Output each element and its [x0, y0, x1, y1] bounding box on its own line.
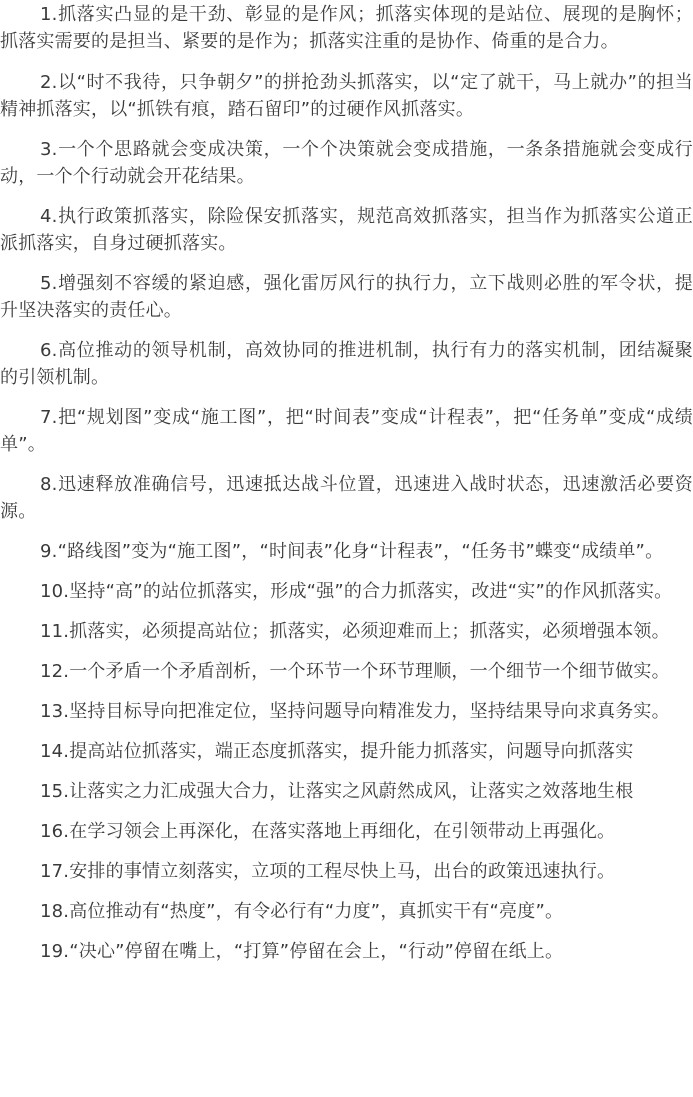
paragraph-13: 13.坚持目标导向把准定位，坚持问题导向精准发力，坚持结果导向求真务实。	[0, 698, 693, 725]
paragraph-12: 12.一个矛盾一个矛盾剖析，一个环节一个环节理顺，一个细节一个细节做实。	[0, 658, 693, 685]
paragraph-14: 14.提高站位抓落实，端正态度抓落实，提升能力抓落实，问题导向抓落实	[0, 738, 693, 765]
paragraph-16: 16.在学习领会上再深化，在落实落地上再细化，在引领带动上再强化。	[0, 818, 693, 845]
paragraph-11: 11.抓落实，必须提高站位；抓落实，必须迎难而上；抓落实，必须增强本领。	[0, 618, 693, 645]
article-body: 1.抓落实凸显的是干劲、彰显的是作风；抓落实体现的是站位、展现的是胸怀；抓落实需…	[0, 1, 693, 965]
paragraph-8: 8.迅速释放准确信号，迅速抵达战斗位置，迅速进入战时状态，迅速激活必要资源。	[0, 471, 693, 525]
paragraph-18: 18.高位推动有“热度”，有令必行有“力度”，真抓实干有“亮度”。	[0, 898, 693, 925]
paragraph-5: 5.增强刻不容缓的紧迫感，强化雷厉风行的执行力，立下战则必胜的军令状，提升坚决落…	[0, 270, 693, 324]
paragraph-2: 2.以“时不我待，只争朝夕”的拼抢劲头抓落实，以“定了就干，马上就办”的担当精神…	[0, 69, 693, 123]
paragraph-10: 10.坚持“高”的站位抓落实，形成“强”的合力抓落实，改进“实”的作风抓落实。	[0, 578, 693, 605]
paragraph-19: 19.“决心”停留在嘴上，“打算”停留在会上，“行动”停留在纸上。	[0, 938, 693, 965]
paragraph-4: 4.执行政策抓落实，除险保安抓落实，规范高效抓落实，担当作为抓落实公道正派抓落实…	[0, 203, 693, 257]
paragraph-1: 1.抓落实凸显的是干劲、彰显的是作风；抓落实体现的是站位、展现的是胸怀；抓落实需…	[0, 1, 693, 55]
paragraph-7: 7.把“规划图”变成“施工图”，把“时间表”变成“计程表”，把“任务单”变成“成…	[0, 404, 693, 458]
paragraph-9: 9.“路线图”变为“施工图”，“时间表”化身“计程表”，“任务书”蝶变“成绩单”…	[0, 538, 693, 565]
paragraph-17: 17.安排的事情立刻落实，立项的工程尽快上马，出台的政策迅速执行。	[0, 858, 693, 885]
paragraph-15: 15.让落实之力汇成强大合力，让落实之风蔚然成风，让落实之效落地生根	[0, 778, 693, 805]
paragraph-3: 3.一个个思路就会变成决策，一个个决策就会变成措施，一条条措施就会变成行动，一个…	[0, 136, 693, 190]
paragraph-6: 6.高位推动的领导机制，高效协同的推进机制，执行有力的落实机制，团结凝聚的引领机…	[0, 337, 693, 391]
